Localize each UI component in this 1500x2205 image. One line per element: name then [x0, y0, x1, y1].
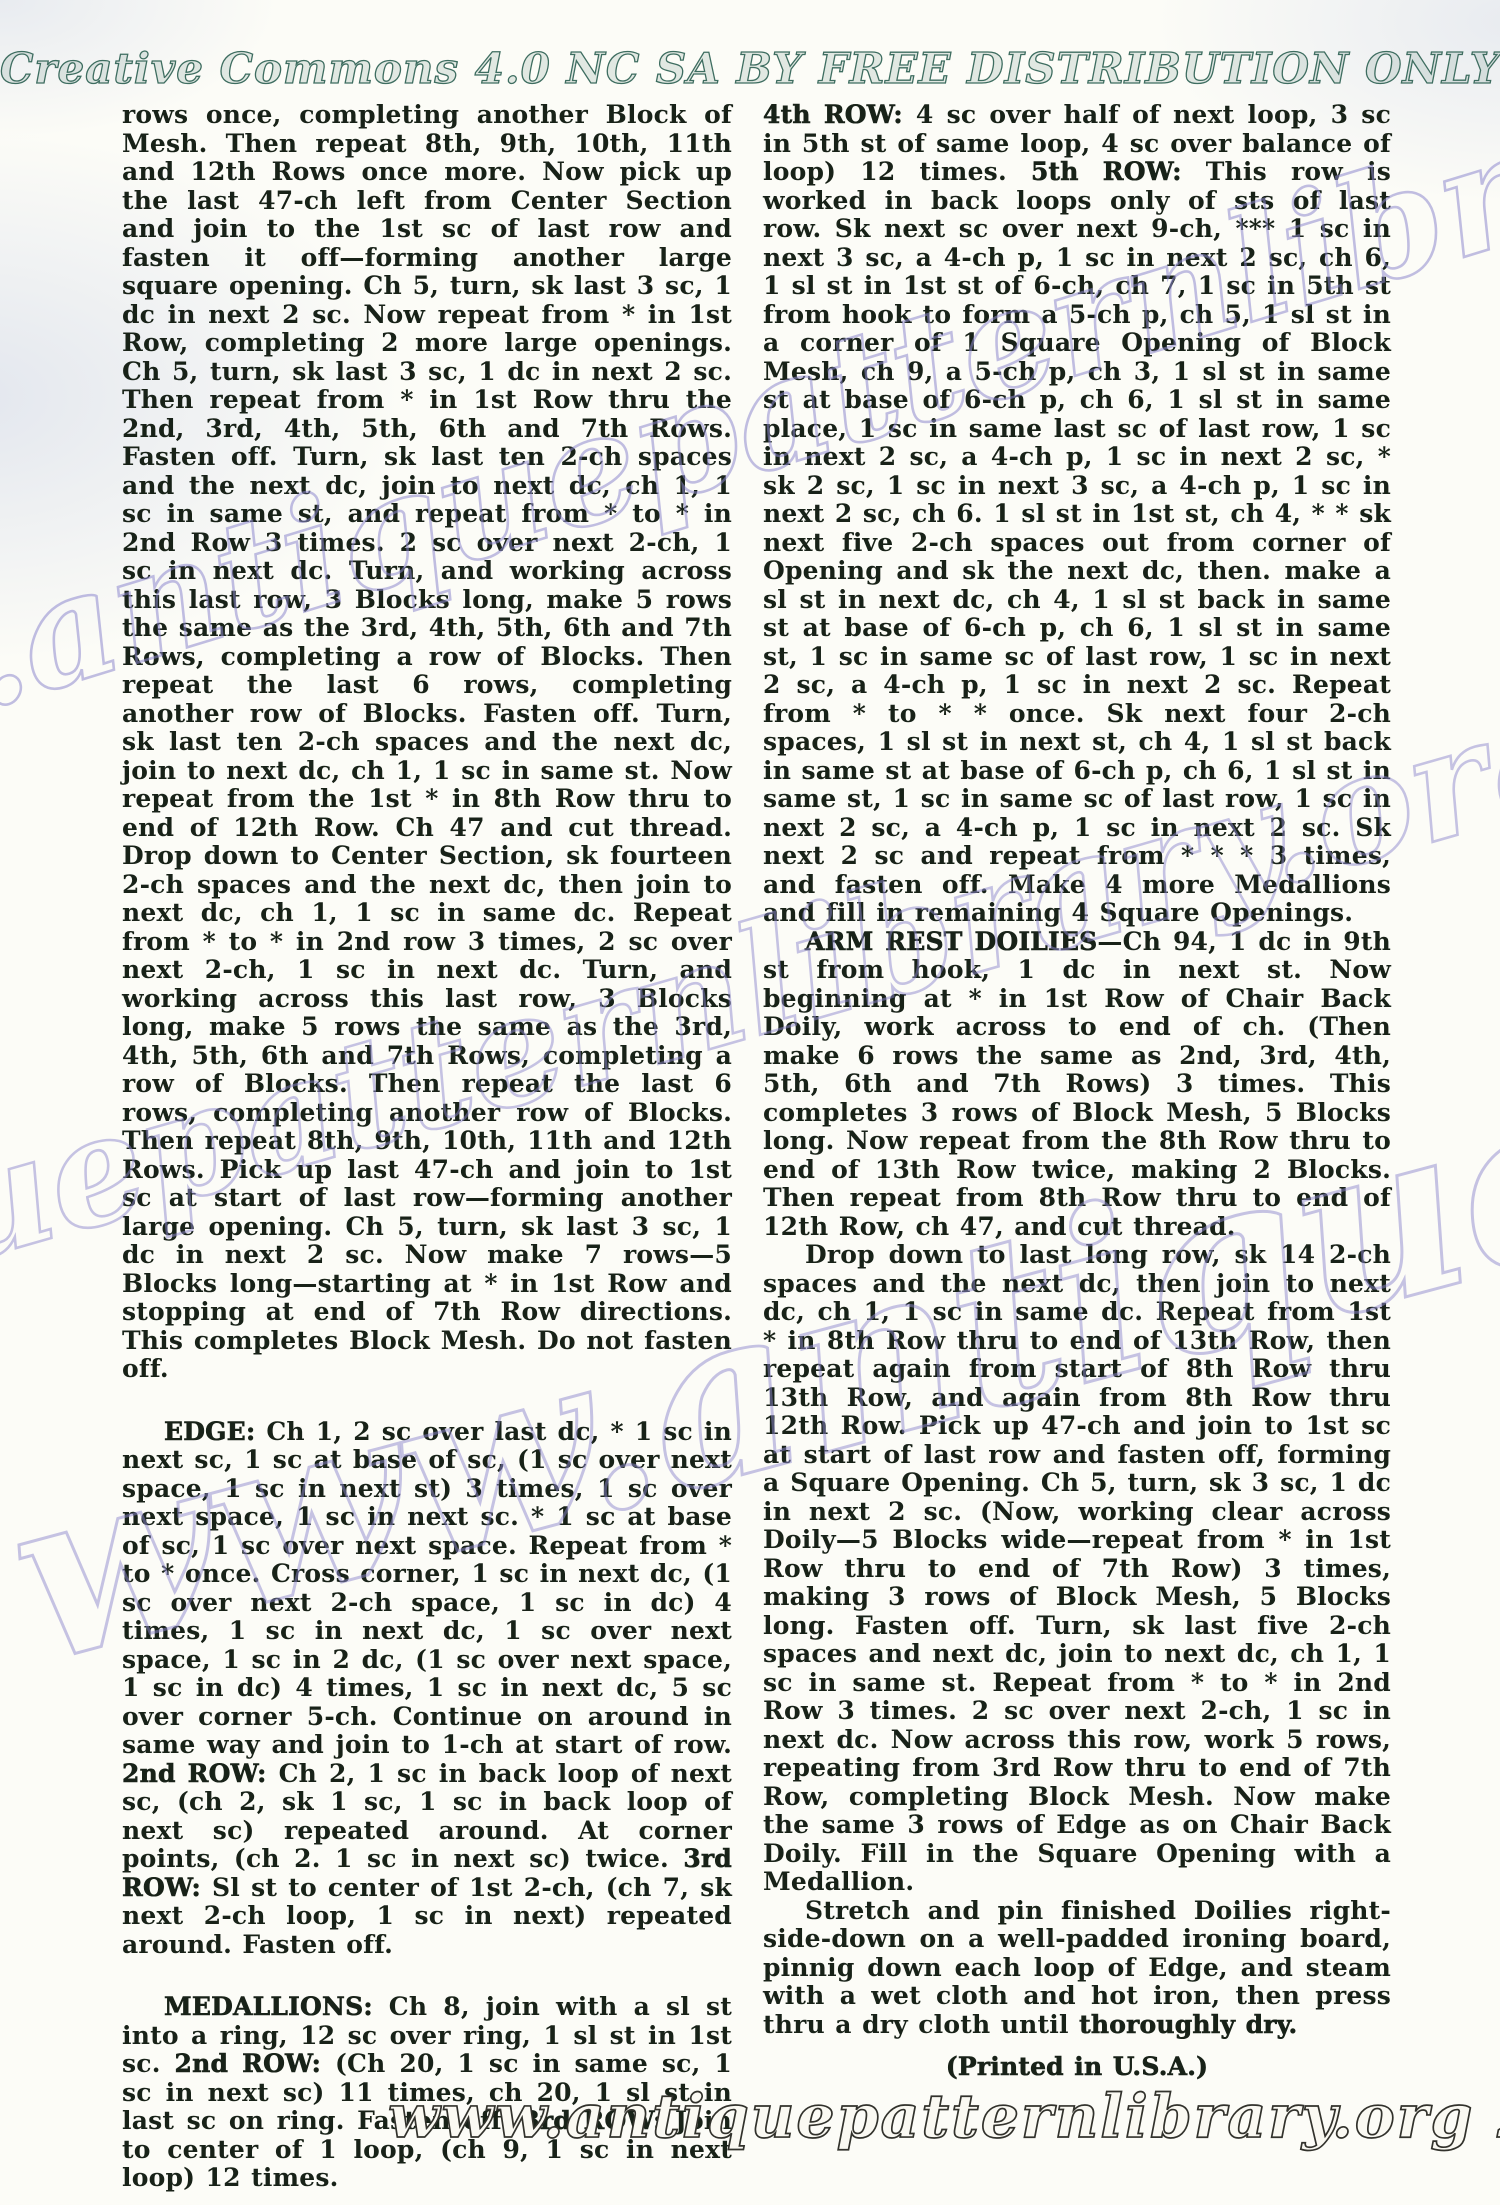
bold-run: 4th ROW: [763, 100, 903, 129]
text-run: —Ch 94, 1 dc in 9th st from hook, 1 dc i… [763, 927, 1391, 1241]
paragraph: 4th ROW: 4 sc over half of next loop, 3 … [763, 101, 1391, 928]
bold-run: 5th ROW: [1031, 157, 1182, 186]
paragraph: Drop down to last long row, sk 14 2-ch s… [763, 1241, 1391, 1897]
text-run: Drop down to last long row, sk 14 2-ch s… [763, 1240, 1391, 1896]
bold-run: ARM REST DOILIES [805, 927, 1097, 956]
right-column: 4th ROW: 4 sc over half of next loop, 3 … [763, 101, 1391, 2082]
bold-run: 2nd ROW: [175, 2049, 322, 2078]
text-run: Ch 1, 2 sc over last dc, * 1 sc in next … [122, 1417, 732, 1760]
text-run: Sl st to center of 1st 2-ch, (ch 7, sk n… [122, 1873, 732, 1959]
scanned-document-page: Creative Commons 4.0 NC SA BY FREE DISTR… [0, 0, 1500, 2205]
bold-run: MEDALLIONS: [164, 1992, 373, 2021]
paragraph: EDGE: Ch 1, 2 sc over last dc, * 1 sc in… [122, 1418, 732, 1960]
paragraph: ARM REST DOILIES—Ch 94, 1 dc in 9th st f… [763, 928, 1391, 1242]
paragraph: (Printed in U.S.A.) [763, 2053, 1391, 2082]
bold-run: 2nd ROW: [122, 1759, 267, 1788]
text-run: rows once, completing another Block of M… [122, 100, 732, 1383]
bold-run: EDGE: [164, 1417, 255, 1446]
bold-run: (Printed in U.S.A.) [946, 2052, 1208, 2081]
paragraph: rows once, completing another Block of M… [122, 101, 732, 1384]
bold-run: thoroughly dry. [1079, 2010, 1297, 2039]
license-notice: Creative Commons 4.0 NC SA BY FREE DISTR… [0, 44, 1500, 93]
text-run: This row is worked in back loops only of… [763, 157, 1391, 927]
footer-watermark: www.antiquepatternlibrary.org 2018.07 [388, 2082, 1500, 2152]
paragraph: Stretch and pin finished Doilies right-s… [763, 1897, 1391, 2040]
left-column: rows once, completing another Block of M… [122, 101, 732, 2193]
